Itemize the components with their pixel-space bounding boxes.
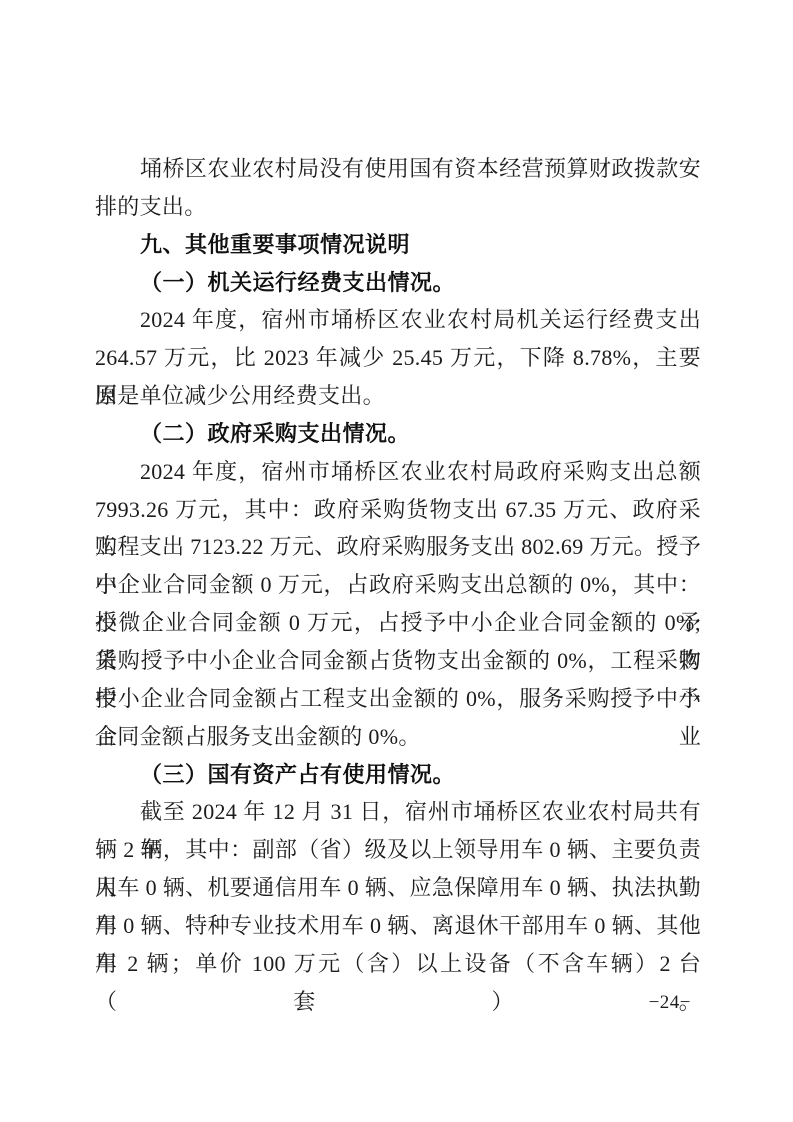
paragraph-line: 因是单位减少公用经费支出。 [95,377,701,415]
paragraph-line: 小企业合同金额 0 万元，占政府采购支出总额的 0%，其中：授予 [95,566,701,604]
paragraph-line: 工程支出 7123.22 万元、政府采购服务支出 802.69 万元。授予中 [95,528,701,566]
subsection-heading: （三）国有资产占有使用情况。 [95,756,701,794]
paragraph-line: 用车 0 辆、机要通信用车 0 辆、应急保障用车 0 辆、执法执勤用 [95,869,701,907]
subsection-heading: （二）政府采购支出情况。 [95,415,701,453]
paragraph-line: 排的支出。 [95,188,701,226]
document-body: 埇桥区农业农村局没有使用国有资本经营预算财政拨款安 排的支出。 九、其他重要事项… [95,150,701,983]
subsection-heading: （一）机关运行经费支出情况。 [95,264,701,302]
paragraph-line: 2024 年度，宿州市埇桥区农业农村局政府采购支出总额 [95,453,701,491]
paragraph-line: 7993.26 万元，其中：政府采购货物支出 67.35 万元、政府采购 [95,491,701,529]
paragraph-line: 埇桥区农业农村局没有使用国有资本经营预算财政拨款安 [95,150,701,188]
paragraph-line: 中小企业合同金额占工程支出金额的 0%，服务采购授予中小企业 [95,680,701,718]
paragraph-line: 车 2 辆；单价 100 万元（含）以上设备（不含车辆）2 台（套）。 [95,945,701,983]
paragraph-line: 小微企业合同金额 0 万元，占授予中小企业合同金额的 0%; 货物 [95,604,701,642]
paragraph-line: 采购授予中小企业合同金额占货物支出金额的 0%，工程采购授予 [95,642,701,680]
page-number: −24− [649,992,691,1014]
paragraph-line: 2024 年度，宿州市埇桥区农业农村局机关运行经费支出 [95,301,701,339]
paragraph-line: 截至 2024 年 12 月 31 日，宿州市埇桥区农业农村局共有车 [95,793,701,831]
paragraph-line: 车 0 辆、特种专业技术用车 0 辆、离退休干部用车 0 辆、其他用 [95,907,701,945]
paragraph-line: 264.57 万元，比 2023 年减少 25.45 万元，下降 8.78%，主… [95,339,701,377]
section-heading: 九、其他重要事项情况说明 [95,226,701,264]
paragraph-line: 辆 2 辆，其中：副部（省）级及以上领导用车 0 辆、主要负责人 [95,831,701,869]
document-page: 埇桥区农业农村局没有使用国有资本经营预算财政拨款安 排的支出。 九、其他重要事项… [0,0,793,1122]
